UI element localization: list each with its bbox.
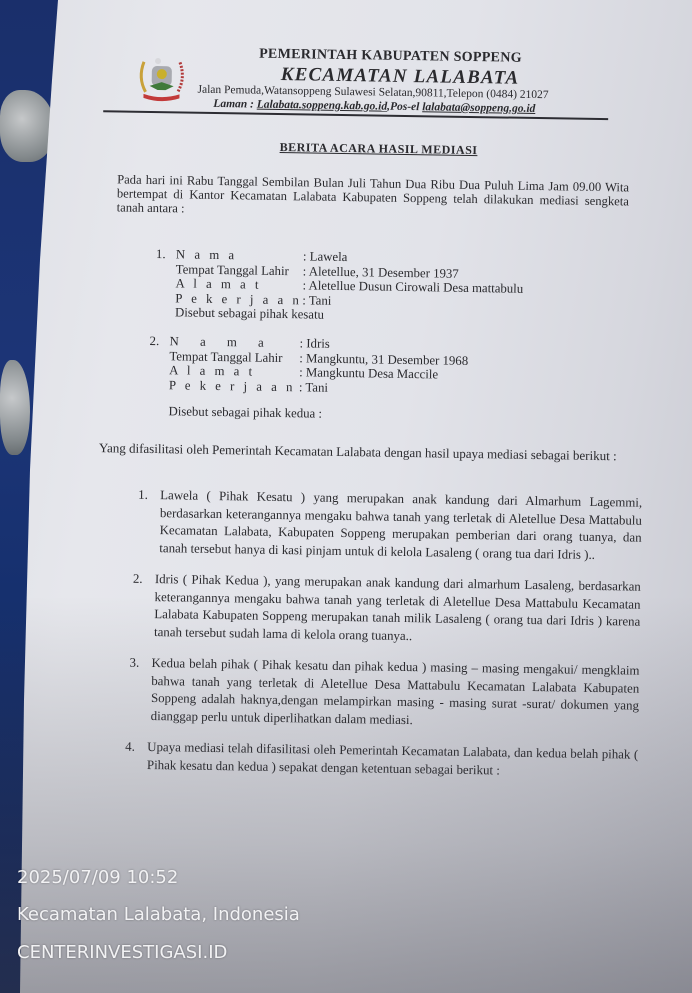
mediation-document: PEMERINTAH KABUPATEN SOPPENG KECAMATAN L… bbox=[0, 0, 692, 993]
field-value: : Tani bbox=[302, 293, 331, 308]
field-value: : Idris bbox=[299, 336, 329, 351]
mediation-results-list: 1.Lawela ( Pihak Kesatu ) yang merupakan… bbox=[134, 487, 643, 796]
party-2: 2.N a m a: Idris Tempat Tanggal Lahir: M… bbox=[148, 334, 468, 423]
document-title: BERITA ACARA HASIL MEDIASI bbox=[280, 140, 478, 158]
email-link[interactable]: lalabata@soppeng.go.id bbox=[422, 101, 535, 115]
result-item: 4.Upaya mediasi telah difasilitasi oleh … bbox=[125, 739, 638, 782]
result-item: 1.Lawela ( Pihak Kesatu ) yang merupakan… bbox=[137, 487, 642, 565]
photo-source: CENTERINVESTIGASI.ID bbox=[17, 942, 227, 963]
soppeng-regency-emblem-icon bbox=[135, 54, 188, 103]
photo-datetime: 2025/07/09 10:52 bbox=[17, 867, 178, 888]
result-item: 2.Idris ( Pihak Kedua ), yang merupakan … bbox=[132, 571, 641, 649]
web-label: Laman : bbox=[213, 98, 257, 111]
party-number: 1. bbox=[156, 247, 176, 262]
field-value: : Lawela bbox=[303, 249, 348, 264]
result-item: 3.Kedua belah pihak ( Pihak kesatu dan p… bbox=[129, 655, 640, 733]
field-label: P e k e r j a a n bbox=[169, 378, 299, 395]
website-link[interactable]: Lalabata.soppeng.kab.go.id bbox=[257, 99, 388, 113]
field-value: : Tani bbox=[299, 380, 328, 395]
email-label: ,Pos-el bbox=[387, 101, 422, 114]
intro-paragraph: Pada hari ini Rabu Tanggal Sembilan Bula… bbox=[117, 172, 630, 222]
facilitation-paragraph: Yang difasilitasi oleh Pemerintah Kecama… bbox=[99, 440, 633, 463]
party-1: 1.N a m a: Lawela Tempat Tanggal Lahir: … bbox=[155, 247, 524, 325]
party-number: 2. bbox=[150, 334, 170, 349]
photo-location: Kecamatan Lalabata, Indonesia bbox=[17, 904, 300, 925]
party-designation: Disebut sebagai pihak kedua : bbox=[148, 404, 467, 424]
